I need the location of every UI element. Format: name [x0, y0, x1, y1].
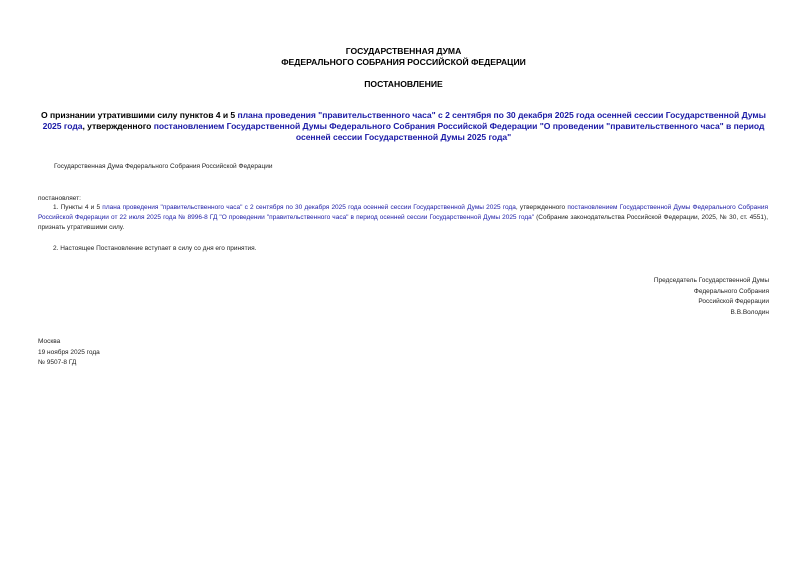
city: Москва [38, 337, 100, 348]
clause-1-link-plan[interactable]: плана проведения "правительственного час… [102, 204, 516, 211]
clause-1-text-2: , утвержденного [516, 204, 567, 211]
signature-position-2: Федерального Собрания [654, 287, 769, 298]
header-line-2: ФЕДЕРАЛЬНОГО СОБРАНИЯ РОССИЙСКОЙ ФЕДЕРАЦ… [0, 57, 807, 68]
place-date-block: Москва 19 ноября 2025 года № 9507-8 ГД [38, 337, 100, 369]
document-type: ПОСТАНОВЛЕНИЕ [0, 79, 807, 90]
document-title: О признании утратившими силу пунктов 4 и… [36, 110, 771, 143]
title-text-1: О признании утратившими силу пунктов 4 и… [41, 110, 237, 120]
signatory-name: В.В.Володин [654, 308, 769, 319]
clause-2: 2. Настоящее Постановление вступает в си… [38, 244, 768, 254]
document-page: ГОСУДАРСТВЕННАЯ ДУМА ФЕДЕРАЛЬНОГО СОБРАН… [0, 0, 807, 571]
issuing-body-header: ГОСУДАРСТВЕННАЯ ДУМА ФЕДЕРАЛЬНОГО СОБРАН… [0, 46, 807, 68]
document-number: № 9507-8 ГД [38, 358, 100, 369]
header-line-1: ГОСУДАРСТВЕННАЯ ДУМА [0, 46, 807, 57]
title-text-2: , утвержденного [83, 121, 154, 131]
title-link-resolution[interactable]: постановлением Государственной Думы Феде… [154, 121, 765, 142]
signature-position-3: Российской Федерации [654, 297, 769, 308]
signature-block: Председатель Государственной Думы Федера… [654, 276, 769, 318]
issuer-text: Государственная Дума Федерального Собран… [54, 162, 273, 171]
clause-1: 1. Пункты 4 и 5 плана проведения "правит… [38, 203, 768, 233]
adoption-date: 19 ноября 2025 года [38, 348, 100, 359]
clause-1-text-1: 1. Пункты 4 и 5 [53, 204, 102, 211]
decrees-label: постановляет: [38, 194, 81, 203]
signature-position-1: Председатель Государственной Думы [654, 276, 769, 287]
